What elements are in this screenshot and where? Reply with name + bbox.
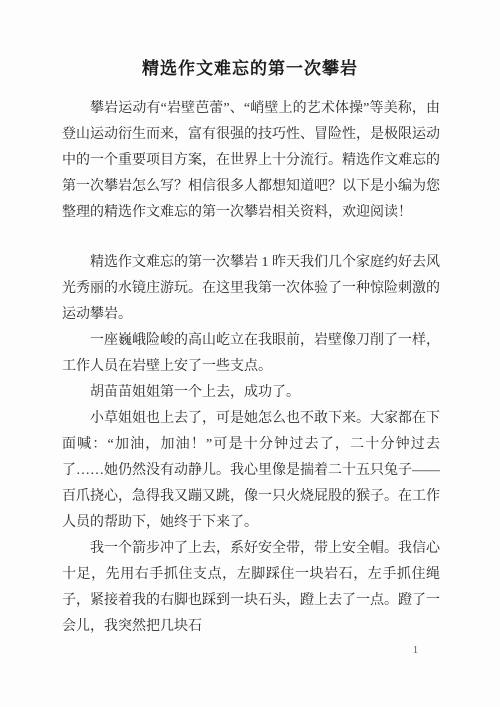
paragraph-mountain-description: 一座巍峨险峻的高山屹立在我眼前，岩壁像刀削了一样，工作人员在岩壁上安了一些支点。 [62, 328, 440, 380]
document-page: 精选作文难忘的第一次攀岩 攀岩运动有“岩壁芭蕾”、“峭壁上的艺术体操”等美称，由… [0, 0, 500, 707]
paragraph-essay-opening: 精选作文难忘的第一次攀岩 1 昨天我们几个家庭约好去风光秀丽的水镜庄游玩。在这里… [62, 250, 440, 328]
paragraph-second-climber: 小草姐姐也上去了，可是她怎么也不敢下来。大家都在下面喊：“加油，加油！”可是十分… [62, 406, 440, 536]
document-title: 精选作文难忘的第一次攀岩 [0, 0, 500, 81]
document-body: 攀岩运动有“岩壁芭蕾”、“峭壁上的艺术体操”等美称，由登山运动衍生而来，富有很强… [62, 96, 440, 640]
paragraph-intro: 攀岩运动有“岩壁芭蕾”、“峭壁上的艺术体操”等美称，由登山运动衍生而来，富有很强… [62, 96, 440, 226]
page-number: 1 [413, 645, 418, 657]
paragraph-my-climb: 我一个箭步冲了上去，系好安全带，带上安全帽。我信心十足，先用右手抓住支点，左脚踩… [62, 536, 440, 640]
paragraph-first-climber: 胡苗苗姐姐第一个上去，成功了。 [62, 380, 440, 406]
blank-line [62, 226, 440, 250]
